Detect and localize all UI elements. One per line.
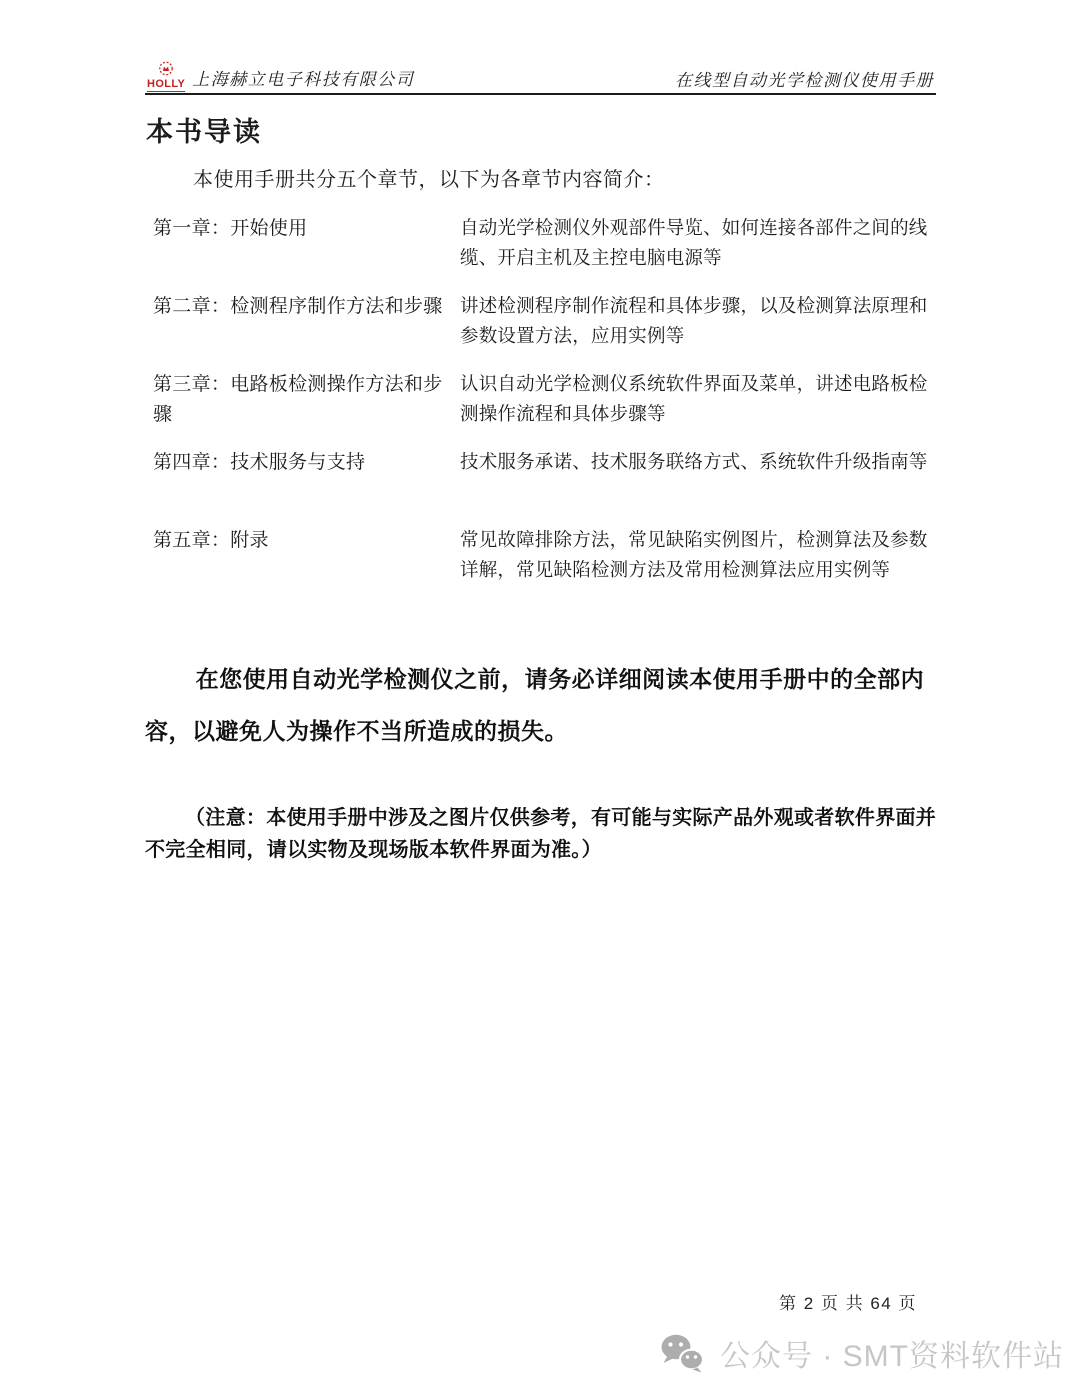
chapter-desc: 自动光学检测仪外观部件导览、如何连接各部件之间的线缆、开启主机及主控电脑电源等 — [460, 214, 939, 274]
manual-page: HOLLY 上海赫立电子科技有限公司 在线型自动光学检测仪使用手册 本书导读 本… — [0, 0, 1080, 1397]
chapter-row-1: 第一章：开始使用 自动光学检测仪外观部件导览、如何连接各部件之间的线缆、开启主机… — [153, 214, 939, 292]
watermark-text: 公众号 · SMT资料软件站 — [720, 1331, 1064, 1375]
warning-paragraph: 在您使用自动光学检测仪之前，请务必详细阅读本使用手册中的全部内容，以避免人为操作… — [145, 653, 938, 757]
chapter-list: 第一章：开始使用 自动光学检测仪外观部件导览、如何连接各部件之间的线缆、开启主机… — [153, 214, 939, 604]
page-header: HOLLY 上海赫立电子科技有限公司 在线型自动光学检测仪使用手册 — [145, 56, 936, 95]
intro-text: 本使用手册共分五个章节，以下为各章节内容简介： — [153, 163, 853, 192]
chapter-row-2: 第二章：检测程序制作方法和步骤 讲述检测程序制作流程和具体步骤，以及检测算法原理… — [153, 292, 939, 370]
chapter-desc: 讲述检测程序制作流程和具体步骤，以及检测算法原理和参数设置方法，应用实例等 — [460, 292, 939, 352]
company-logo: HOLLY — [147, 60, 185, 92]
chapter-row-3: 第三章：电路板检测操作方法和步骤 认识自动光学检测仪系统软件界面及菜单，讲述电路… — [153, 370, 939, 448]
page-title: 本书导读 — [146, 110, 262, 149]
chapter-label: 第三章：电路板检测操作方法和步骤 — [153, 370, 460, 430]
note-paragraph: （注意：本使用手册中涉及之图片仅供参考，有可能与实际产品外观或者软件界面并不完全… — [145, 803, 953, 866]
chapter-row-5: 第五章：附录 常见故障排除方法，常见缺陷实例图片，检测算法及参数详解，常见缺陷检… — [153, 526, 939, 604]
company-name: 上海赫立电子科技有限公司 — [192, 65, 414, 92]
chapter-desc: 常见故障排除方法，常见缺陷实例图片，检测算法及参数详解，常见缺陷检测方法及常用检… — [460, 526, 939, 586]
chapter-row-4: 第四章：技术服务与支持 技术服务承诺、技术服务联络方式、系统软件升级指南等 — [153, 448, 939, 526]
manual-title-header: 在线型自动光学检测仪使用手册 — [675, 66, 934, 91]
chapter-label: 第一章：开始使用 — [153, 214, 460, 244]
holly-logo-text: HOLLY — [147, 79, 185, 92]
chapter-desc: 技术服务承诺、技术服务联络方式、系统软件升级指南等 — [460, 448, 939, 478]
chapter-label: 第二章：检测程序制作方法和步骤 — [153, 292, 460, 322]
holly-emblem-icon — [157, 60, 175, 78]
header-left: HOLLY 上海赫立电子科技有限公司 — [147, 60, 414, 92]
watermark: 公众号 · SMT资料软件站 — [659, 1331, 1064, 1375]
chapter-desc: 认识自动光学检测仪系统软件界面及菜单，讲述电路板检测操作流程和具体步骤等 — [460, 370, 939, 430]
chapter-label: 第四章：技术服务与支持 — [153, 448, 460, 478]
wechat-icon — [659, 1333, 705, 1373]
page-number: 第 2 页 共 64 页 — [779, 1289, 917, 1314]
chapter-label: 第五章：附录 — [153, 526, 460, 556]
